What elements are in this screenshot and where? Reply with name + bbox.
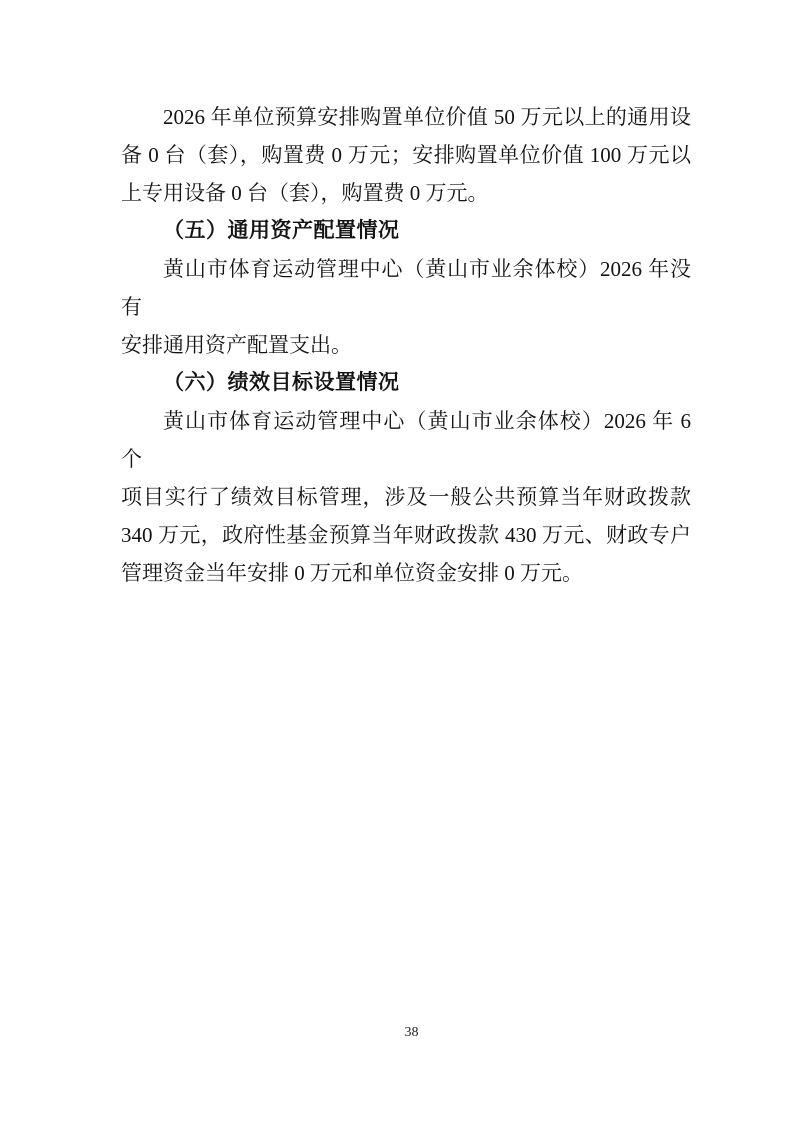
section-heading-5: （五）通用资产配置情况	[121, 212, 691, 250]
document-body: 2026 年单位预算安排购置单位价值 50 万元以上的通用设 备 0 台（套），…	[121, 98, 691, 592]
paragraph-line: 黄山市体育运动管理中心（黄山市业余体校）2026 年 6 个	[121, 402, 691, 478]
section-heading-6: （六）绩效目标设置情况	[121, 364, 691, 402]
paragraph-line: 项目实行了绩效目标管理，涉及一般公共预算当年财政拨款	[121, 478, 691, 516]
paragraph-line: 安排通用资产配置支出。	[121, 326, 691, 364]
document-page: 2026 年单位预算安排购置单位价值 50 万元以上的通用设 备 0 台（套），…	[0, 0, 793, 1122]
paragraph-line: 管理资金当年安排 0 万元和单位资金安排 0 万元。	[121, 554, 691, 592]
page-number: 38	[15, 1023, 793, 1043]
paragraph-line: 340 万元，政府性基金预算当年财政拨款 430 万元、财政专户	[121, 516, 691, 554]
paragraph-line: 备 0 台（套），购置费 0 万元；安排购置单位价值 100 万元以	[121, 136, 691, 174]
paragraph-line: 黄山市体育运动管理中心（黄山市业余体校）2026 年没有	[121, 250, 691, 326]
paragraph-line: 2026 年单位预算安排购置单位价值 50 万元以上的通用设	[121, 98, 691, 136]
paragraph-line: 上专用设备 0 台（套），购置费 0 万元。	[121, 174, 691, 212]
